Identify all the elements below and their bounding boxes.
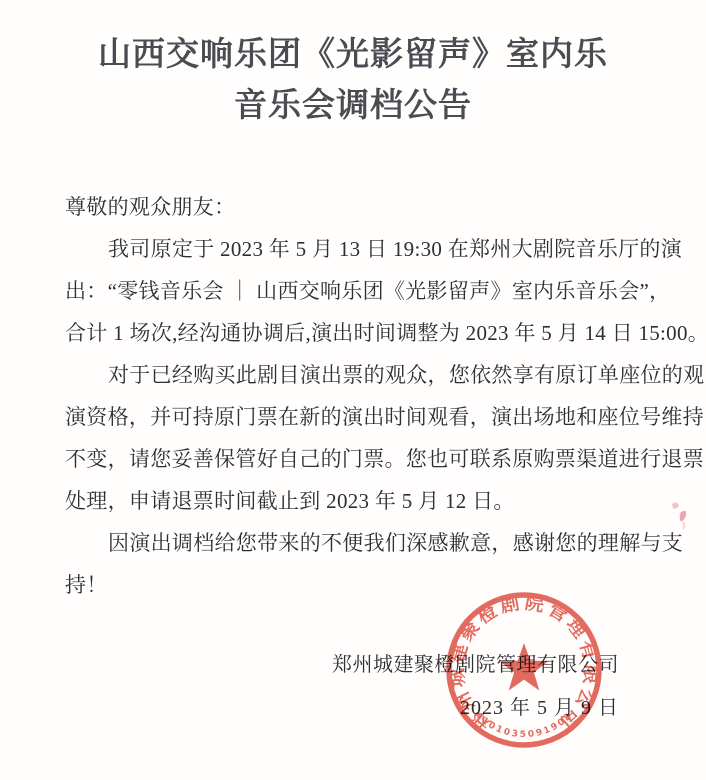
document-title: 山西交响乐团《光影留声》室内乐 音乐会调档公告 <box>0 30 706 132</box>
body-line: 不变，请您妥善保管好自己的门票。您也可联系原购票渠道进行退票 <box>65 438 648 480</box>
body-line: 出：“零钱音乐会 ｜ 山西交响乐团《光影留声》室内乐音乐会”， <box>65 270 648 312</box>
body-line: 合计 1 场次,经沟通协调后,演出时间调整为 2023 年 5 月 14 日 1… <box>65 312 648 354</box>
body-line: 处理，申请退票时间截止到 2023 年 5 月 12 日。 <box>65 480 648 522</box>
body-line: 对于已经购买此剧目演出票的观众，您依然享有原订单座位的观 <box>65 354 648 396</box>
title-line-1: 山西交响乐团《光影留声》室内乐 <box>0 30 706 81</box>
salutation-line: 尊敬的观众朋友： <box>65 186 648 228</box>
notice-document: 山西交响乐团《光影留声》室内乐 音乐会调档公告 尊敬的观众朋友： 我司原定于 2… <box>0 0 706 780</box>
body-line: 因演出调档给您带来的不便我们深感歉意，感谢您的理解与支 <box>65 522 648 564</box>
company-seal: 郑州城建聚橙剧院管理有限公司 4101035091908 <box>443 589 605 751</box>
red-ink-smudge-icon <box>668 498 694 534</box>
title-line-2: 音乐会调档公告 <box>0 81 706 132</box>
notice-body: 尊敬的观众朋友： 我司原定于 2023 年 5 月 13 日 19:30 在郑州… <box>65 186 648 606</box>
body-line: 演资格，并可持原门票在新的演出时间观看，演出场地和座位号维持 <box>65 396 648 438</box>
body-line: 我司原定于 2023 年 5 月 13 日 19:30 在郑州大剧院音乐厅的演 <box>65 228 648 270</box>
red-star-icon <box>499 643 548 691</box>
